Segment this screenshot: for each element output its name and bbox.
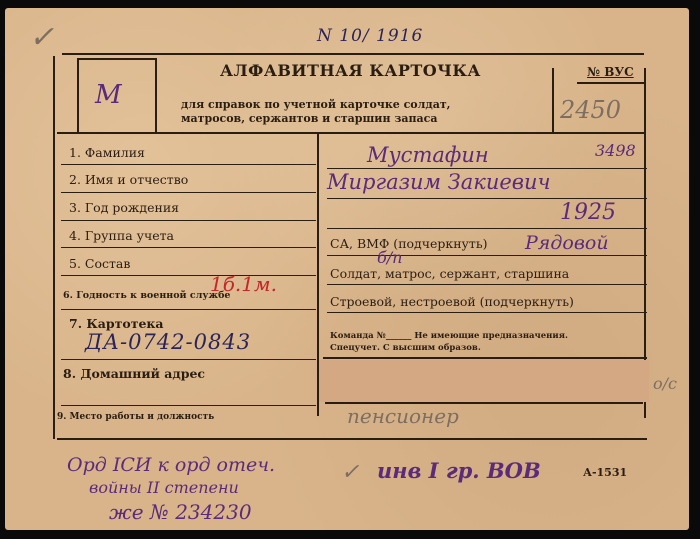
vus-divider [552, 68, 554, 133]
row-line [327, 198, 647, 199]
vus-underline [577, 82, 645, 84]
composition-print: Солдат, матрос, сержант, старшина [330, 266, 569, 281]
letter-box: М [77, 58, 157, 134]
frame-bottom [57, 438, 647, 440]
fitness-print: Строевой, нестроевой (подчеркнуть) [330, 294, 574, 309]
award-note-1: Орд ІСИ к орд отеч. [67, 454, 275, 476]
row-line [61, 359, 316, 360]
letter-box-value: М [95, 80, 122, 110]
name-value: Миргазим Закиевич [327, 170, 551, 194]
row-line [61, 164, 316, 165]
fitness-value: 1б.1м. [210, 272, 277, 296]
file-value: ДА-0742-0843 [85, 330, 251, 354]
vus-value: 2450 [560, 96, 621, 124]
frame-top [62, 53, 644, 55]
field-label-surname: 1. Фамилия [69, 145, 145, 160]
field-label-file: 7. Картотека [69, 316, 164, 331]
row-line [327, 255, 647, 256]
field-label-address: 8. Домашний адрес [63, 366, 205, 381]
field-label-name: 2. Имя и отчество [69, 172, 188, 187]
birth-year-value: 1925 [560, 200, 616, 225]
team-line-1: Команда №______ Не имеющие предназначени… [330, 331, 568, 341]
rank-value: Рядовой [525, 232, 609, 254]
field-label-fitness: 6. Годность к военной службе [63, 290, 230, 301]
group-print: СА, ВМФ (подчеркнуть) [330, 236, 488, 251]
field-label-work: 9. Место работы и должность [57, 412, 214, 422]
field-label-composition: 5. Состав [69, 256, 130, 271]
card-subtitle-2: матросов, сержантов и старшин запаса [181, 112, 438, 125]
frame-left [53, 56, 55, 439]
row-line [327, 168, 647, 169]
registration-card: ✓ N 10/ 1916 М АЛФАВИТНАЯ КАРТОЧКА для с… [5, 8, 689, 530]
footer-check-icon: ✓ [341, 460, 359, 485]
card-subtitle-1: для справок по учетной карточке солдат, [181, 98, 451, 111]
surname-value: Мустафин [367, 143, 489, 167]
team-line-2: Спецучет. С высшим образов. [330, 343, 481, 353]
row-line [61, 192, 316, 193]
vus-label: № ВУС [587, 65, 634, 79]
side-mark: о/с [653, 374, 677, 393]
row-line [61, 309, 316, 310]
row-line [61, 275, 316, 276]
composition-handwritten: б/п [377, 248, 402, 267]
redacted-address [319, 360, 649, 402]
row-line [61, 247, 316, 248]
disability-note: инв I гр. ВОВ [377, 458, 541, 483]
row-line [323, 357, 647, 359]
check-mark-icon: ✓ [29, 20, 54, 55]
row-line [327, 312, 647, 313]
work-value: пенсионер [347, 404, 459, 428]
surname-extra-number: 3498 [595, 141, 636, 160]
card-title: АЛФАВИТНАЯ КАРТОЧКА [220, 61, 481, 80]
row-line [327, 228, 647, 229]
field-label-birth-year: 3. Год рождения [69, 200, 179, 215]
top-record-number: N 10/ 1916 [317, 26, 423, 46]
field-label-group: 4. Группа учета [69, 228, 174, 243]
row-line [61, 220, 316, 221]
row-line [327, 284, 647, 285]
form-code: А-1531 [583, 466, 627, 479]
award-note-3: же № 234230 [109, 500, 252, 524]
award-note-2: войны II степени [89, 478, 239, 497]
row-line [61, 405, 316, 406]
